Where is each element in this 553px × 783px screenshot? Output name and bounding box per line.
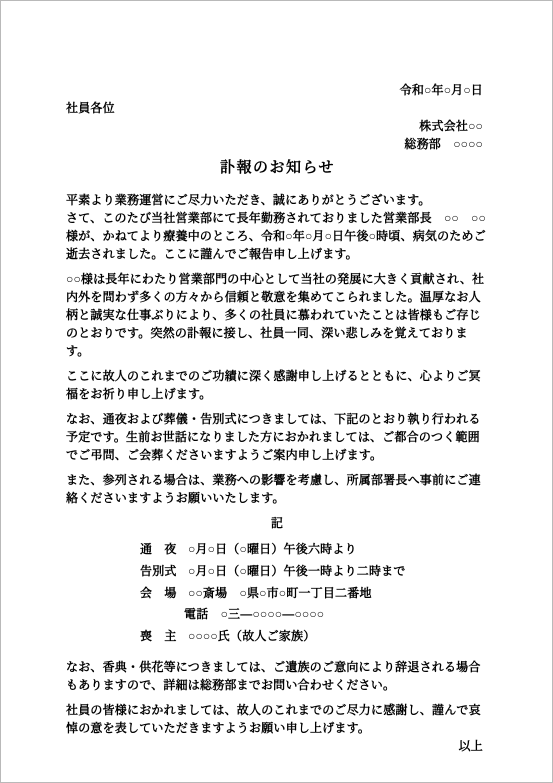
recipient: 社員各位: [66, 99, 489, 117]
closing-paragraph-condolence-request: 社員の皆様におかれましては、故人のこれまでのご尽力に感謝し、謹んで哀悼の意を表し…: [66, 701, 489, 737]
body-paragraph-funeral-guidance: なお、通夜および葬儀・告別式につきましては、下記のとおり執り行われる予定です。生…: [66, 410, 489, 464]
document-title: 訃報のお知らせ: [66, 157, 489, 179]
body-paragraph-greeting: 平素より業務運営にご尽力いただき、誠にありがとうございます。: [66, 191, 489, 209]
sender-company: 株式会社○○: [66, 117, 489, 135]
body-paragraph-tribute: ○○様は長年にわたり営業部門の中心として当社の発展に大きく貢献され、社内外を問わ…: [66, 270, 489, 360]
document-page: 令和○年○月○日 社員各位 株式会社○○ 総務部 ○○○○ 訃報のお知らせ 平素…: [0, 0, 553, 783]
body-paragraph-attendance-note: また、参列される場合は、業務への影響を考慮し、所属部署長へ事前にご連絡くださいま…: [66, 471, 489, 507]
detail-row-farewell-ceremony: 告別式 ○月○日（○曜日）午後一時より二時まで: [140, 562, 489, 580]
sender-department: 総務部 ○○○○: [66, 135, 489, 153]
detail-venue-phone: 電話 ○三―○○○○―○○○○: [184, 605, 489, 623]
detail-row-venue: 会 場 ○○斎場 ○県○市○町一丁目二番地: [140, 584, 489, 602]
detail-row-chief-mourner: 喪 主 ○○○○氏（故人ご家族）: [140, 627, 489, 645]
record-marker: 記: [66, 514, 489, 532]
detail-value: ○○○○氏（故人ご家族）: [188, 627, 489, 645]
document-date: 令和○年○月○日: [66, 81, 489, 99]
detail-label: 喪 主: [140, 627, 188, 645]
funeral-details-list: 通 夜 ○月○日（○曜日）午後六時より 告別式 ○月○日（○曜日）午後一時より二…: [66, 540, 489, 645]
detail-label: 会 場: [140, 584, 188, 602]
body-paragraph-gratitude: ここに故人のこれまでのご功績に深く感謝申し上げるとともに、心よりご冥福をお祈り申…: [66, 367, 489, 403]
detail-row-wake: 通 夜 ○月○日（○曜日）午後六時より: [140, 540, 489, 558]
body-paragraph-announcement: さて、このたび当社営業部にて長年勤務されておりました営業部長 ○○ ○○ 様が、…: [66, 209, 489, 263]
detail-value: ○月○日（○曜日）午後六時より: [188, 540, 489, 558]
detail-value: ○月○日（○曜日）午後一時より二時まで: [188, 562, 489, 580]
detail-label: 通 夜: [140, 540, 188, 558]
detail-label: 告別式: [140, 562, 188, 580]
detail-value: ○○斎場 ○県○市○町一丁目二番地: [188, 584, 489, 602]
closing-paragraph-offerings-note: なお、香典・供花等につきましては、ご遺族のご意向により辞退される場合もありますの…: [66, 658, 489, 694]
closing-word: 以上: [66, 737, 489, 755]
